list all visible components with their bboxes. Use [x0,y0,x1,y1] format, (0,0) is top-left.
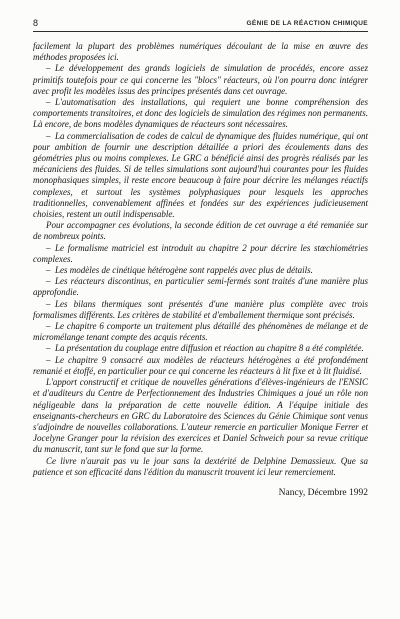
body-paragraph-bullet: – Les réacteurs discontinus, en particul… [33,276,368,298]
page-number: 8 [33,19,38,28]
book-page: 8 GÉNIE DE LA RÉACTION CHIMIQUE facileme… [0,0,400,619]
body-paragraph-bullet: – Les modèles de cinétique hétérogène so… [33,265,368,276]
body-paragraph-bullet: – Le formalisme matriciel est introduit … [33,243,368,265]
dateline: Nancy, Décembre 1992 [33,488,368,498]
body-paragraph-bullet: – La présentation du couplage entre diff… [33,343,368,354]
body-paragraph-bullet: – Les bilans thermiques sont présentés d… [33,299,368,321]
body-paragraph: Pour accompagner ces évolutions, la seco… [33,220,368,242]
page-header: 8 GÉNIE DE LA RÉACTION CHIMIQUE [33,19,368,32]
body-paragraph: Ce livre n'aurait pas vu le jour sans la… [33,456,368,478]
body-paragraph: L'apport constructif et critique de nouv… [33,377,368,455]
body-paragraph-bullet: – La commercialisation de codes de calcu… [33,131,368,221]
page-body: facilement la plupart des problèmes numé… [33,41,368,478]
body-paragraph-bullet: – L'automatisation des installations, qu… [33,97,368,131]
running-title: GÉNIE DE LA RÉACTION CHIMIQUE [247,20,369,28]
body-paragraph-bullet: – Le chapitre 9 consacré aux modèles de … [33,355,368,377]
body-paragraph-bullet: – Le chapitre 6 comporte un traitement p… [33,321,368,343]
body-paragraph: facilement la plupart des problèmes numé… [33,41,368,63]
body-paragraph-bullet: – Le développement des grands logiciels … [33,63,368,97]
